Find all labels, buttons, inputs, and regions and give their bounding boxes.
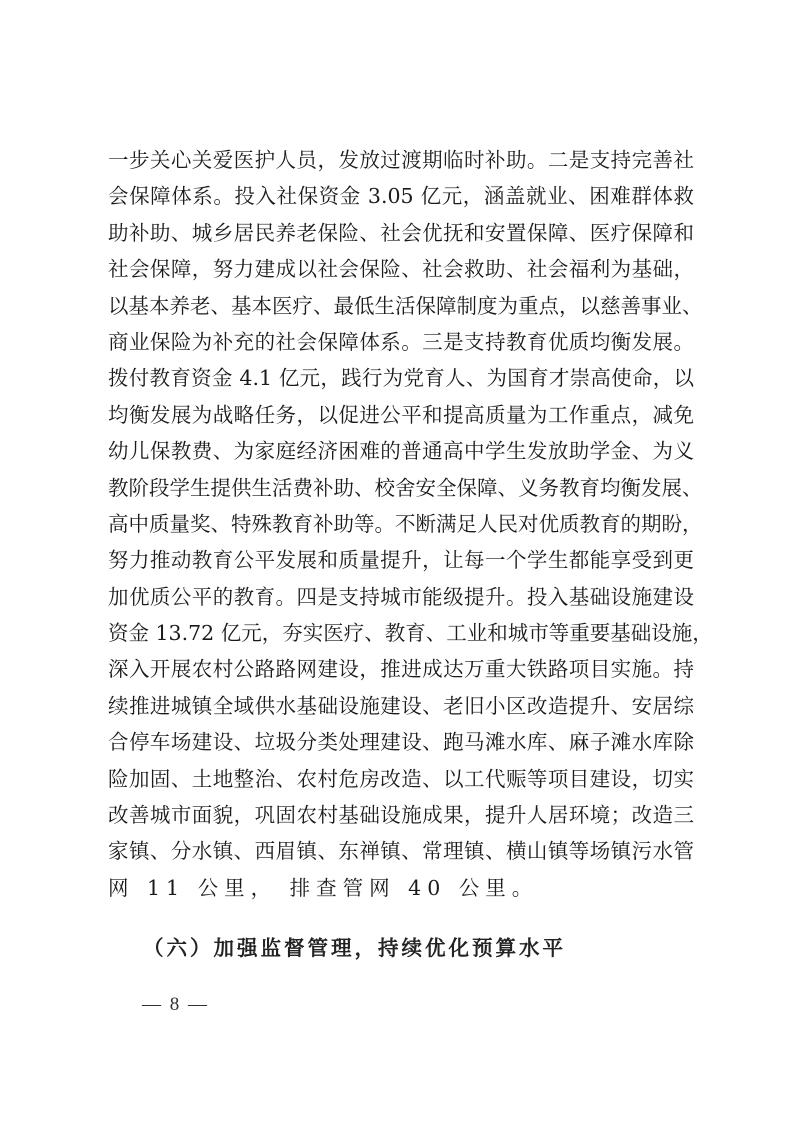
text-line: 改善城市面貌，巩固农村基础设施成果，提升人居环境；改造三 <box>108 797 694 833</box>
section-heading: （六）加强监督管理，持续优化预算水平 <box>143 932 566 964</box>
text-line: 资金 13.72 亿元，夯实医疗、教育、工业和城市等重要基础设施， <box>108 615 694 651</box>
document-page: 一步关心关爱医护人员，发放过渡期临时补助。二是支持完善社 会保障体系。投入社保资… <box>0 0 793 1122</box>
text-line: 深入开展农村公路路网建设，推进成达万重大铁路项目实施。持 <box>108 651 694 687</box>
text-line: 险加固、土地整治、农村危房改造、以工代赈等项目建设，切实 <box>108 761 694 797</box>
text-line: 高中质量奖、特殊教育补助等。不断满足人民对优质教育的期盼， <box>108 506 694 542</box>
text-line: 社会保障，努力建成以社会保险、社会救助、社会福利为基础， <box>108 251 694 287</box>
text-line: 努力推动教育公平发展和质量提升，让每一个学生都能享受到更 <box>108 542 694 578</box>
text-line: 网 11 公里， 排查管网 40 公里。 <box>108 870 694 906</box>
text-line: 商业保险为补充的社会保障体系。三是支持教育优质均衡发展。 <box>108 324 694 360</box>
page-number: — 8 — <box>142 993 209 1017</box>
text-line: 合停车场建设、垃圾分类处理建设、跑马滩水库、麻子滩水库除 <box>108 724 694 760</box>
text-line: 加优质公平的教育。四是支持城市能级提升。投入基础设施建设 <box>108 579 694 615</box>
text-line: 教阶段学生提供生活费补助、校舍安全保障、义务教育均衡发展、 <box>108 470 694 506</box>
text-line: 会保障体系。投入社保资金 3.05 亿元，涵盖就业、困难群体救 <box>108 178 694 214</box>
body-paragraph: 一步关心关爱医护人员，发放过渡期临时补助。二是支持完善社 会保障体系。投入社保资… <box>108 142 694 906</box>
text-line: 一步关心关爱医护人员，发放过渡期临时补助。二是支持完善社 <box>108 142 694 178</box>
text-line: 家镇、分水镇、西眉镇、东禅镇、常理镇、横山镇等场镇污水管 <box>108 833 694 869</box>
text-line: 助补助、城乡居民养老保险、社会优抚和安置保障、医疗保障和 <box>108 215 694 251</box>
text-line: 续推进城镇全域供水基础设施建设、老旧小区改造提升、安居综 <box>108 688 694 724</box>
text-line: 拨付教育资金 4.1 亿元，践行为党育人、为国育才崇高使命，以 <box>108 360 694 396</box>
text-line: 均衡发展为战略任务，以促进公平和提高质量为工作重点，减免 <box>108 397 694 433</box>
text-line: 以基本养老、基本医疗、最低生活保障制度为重点，以慈善事业、 <box>108 288 694 324</box>
text-line: 幼儿保教费、为家庭经济困难的普通高中学生发放助学金、为义 <box>108 433 694 469</box>
